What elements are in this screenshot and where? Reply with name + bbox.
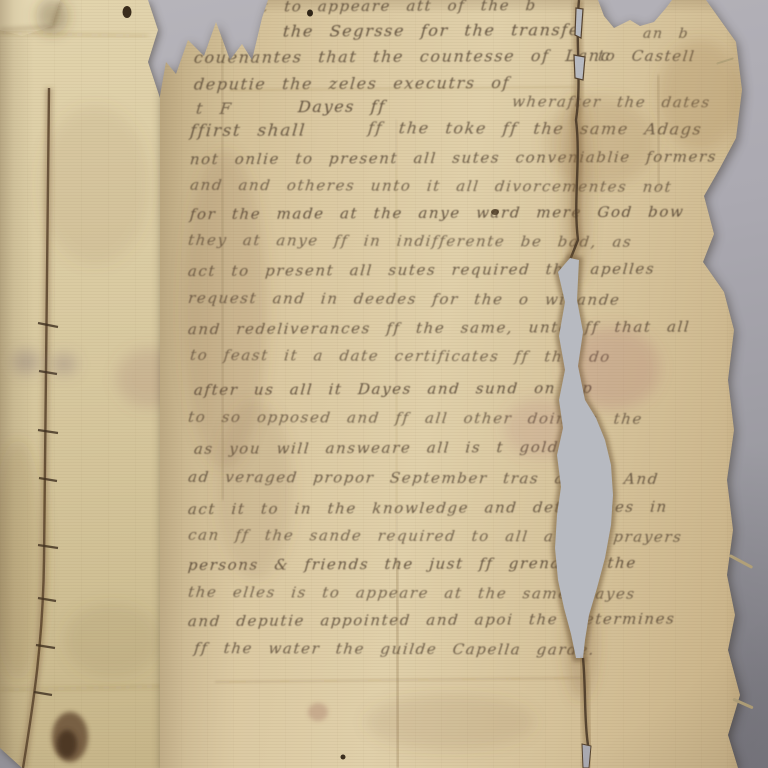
handwriting-line: the Segrsse for the transfe <box>282 21 581 41</box>
manuscript-page: pt to appeare att of the ba dthe Segrsse… <box>155 0 755 768</box>
handwriting-line: after us all it Dayes and sund on ap <box>193 380 594 399</box>
handwriting-line: act to present all sutes required the ap… <box>187 261 656 281</box>
handwriting-line: an b <box>642 26 690 42</box>
handwriting-line: a d <box>621 0 658 16</box>
handwriting-line: ffirst shall <box>189 122 307 142</box>
handwriting-line: not onlie to present all sutes conveniab… <box>189 149 718 169</box>
handwriting-line: persons & friends the just ff grenades t… <box>187 555 637 575</box>
handwriting-line: Dayes ff <box>297 98 386 117</box>
handwriting-line: wherafter the dates <box>511 94 712 112</box>
handwriting-line: to so opposed and ff all other doinges t… <box>187 409 644 428</box>
handwriting-line: t F <box>195 100 233 119</box>
handwriting-line: act it to in the knowledge and determine… <box>187 499 668 519</box>
handwriting-line: and and otheres unto it all divorcemente… <box>189 177 673 196</box>
worm-hole <box>634 8 643 17</box>
handwriting-line: request and in deedes for the o wipande <box>187 290 621 309</box>
handwriting-line: to Castell <box>597 48 696 66</box>
handwriting-line: and redeliverances ff the same, unto ff … <box>187 319 691 339</box>
handwriting-line: the elles is to appeare at the same daye… <box>187 584 636 603</box>
handwriting-line: pt to appeare att of the b <box>249 0 537 16</box>
handwriting-line: as you will answeare all is t gold <box>193 439 560 458</box>
handwriting-line: ff the toke ff the same Adags <box>367 119 703 139</box>
handwriting-line: and deputie appointed and apoi the deter… <box>187 611 676 631</box>
handwriting-line: to feast it a date certificates ff the d… <box>189 347 612 366</box>
handwriting-text-block: pt to appeare att of the ba dthe Segrsse… <box>155 0 755 768</box>
photo-background: Photograph of a torn, creased and staine… <box>0 0 768 768</box>
handwriting-line: they at anye ff in indifferente be bad, … <box>187 232 633 251</box>
handwriting-line: can ff the sande required to all a spt p… <box>187 527 683 546</box>
handwriting-line: ff the water the guilde Capella garde. <box>193 640 596 659</box>
handwriting-line: couenantes that the countesse of Lanc <box>193 47 612 68</box>
manuscript-page-wrap: pt to appeare att of the ba dthe Segrsse… <box>0 0 768 768</box>
handwriting-line: deputie the zeles executrs of <box>193 74 511 94</box>
handwriting-line: for the made at the anye ward mere God b… <box>189 204 685 224</box>
handwriting-line: ad veraged propor September tras a spt A… <box>187 469 660 488</box>
